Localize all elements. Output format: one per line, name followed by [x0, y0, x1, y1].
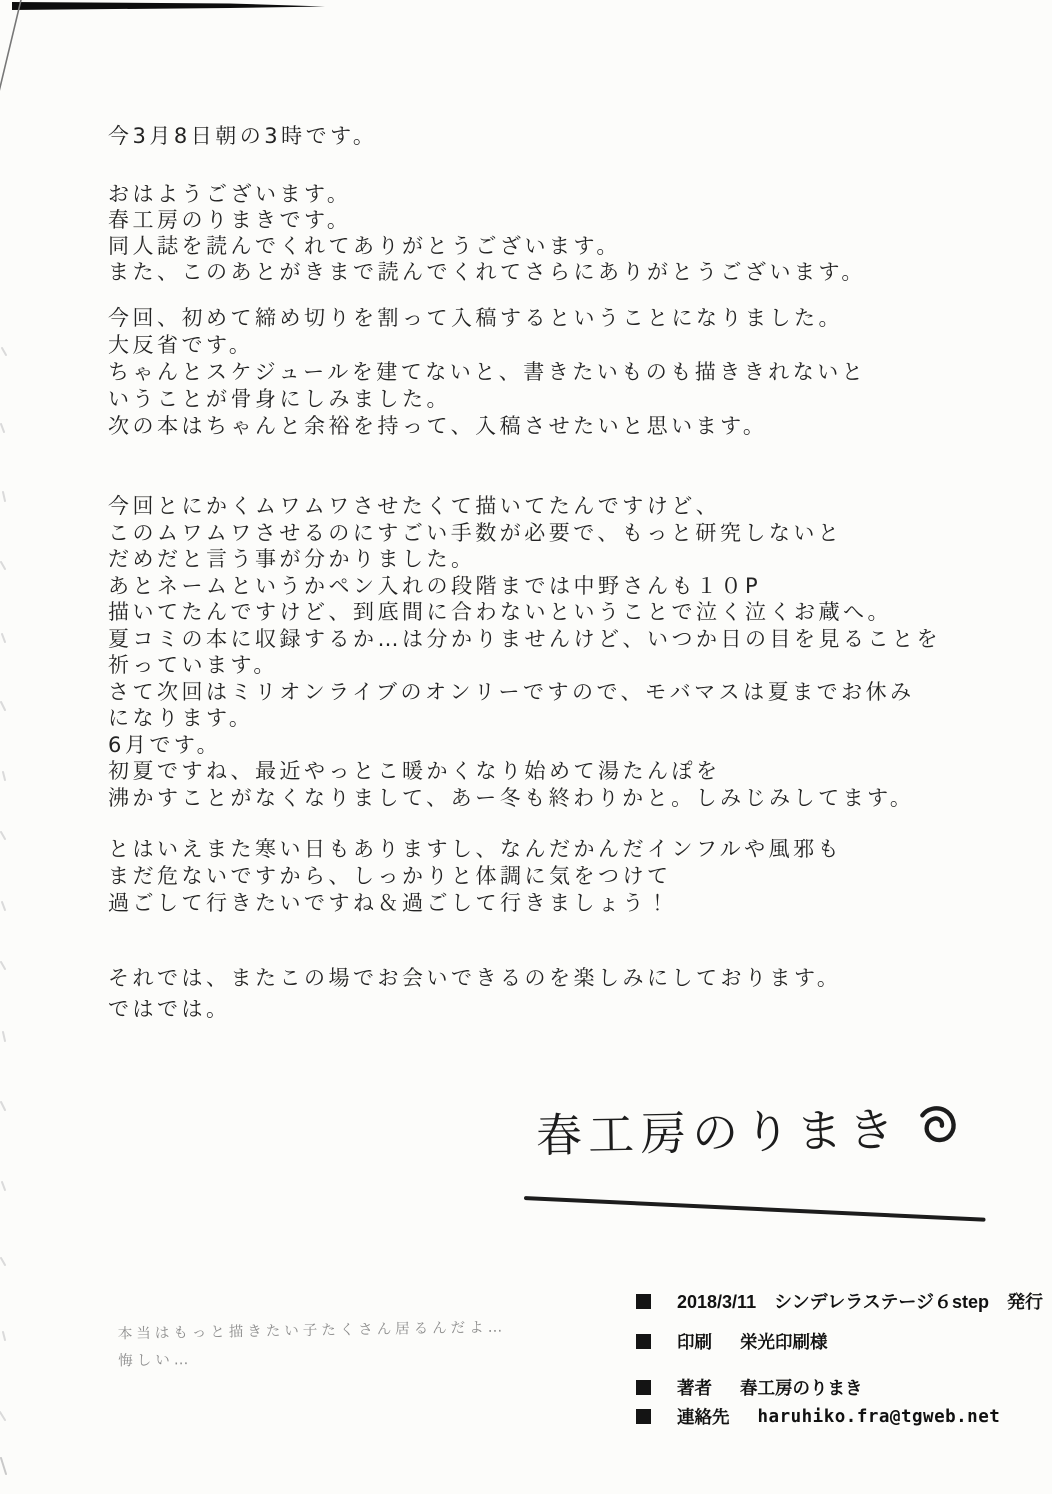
- paragraph-greeting: おはようございます。 春工房のりまきです。 同人誌を読んでくれてありがとうござい…: [108, 181, 866, 285]
- letter-line: それでは、またこの場でお会いできるのを楽しみにしております。: [108, 963, 841, 994]
- letter-line: また、このあとがきまで読んでくれてさらにありがとうございます。: [108, 259, 866, 285]
- printer-label: 印刷: [677, 1329, 712, 1354]
- spiral-icon: [909, 1096, 968, 1155]
- letter-line: 描いてたんですけど、到底間に合わないということで泣く泣くお蔵へ。: [108, 599, 941, 626]
- letter-line: いうことが骨身にしみました。: [108, 386, 866, 413]
- letter-line: おはようございます。: [108, 181, 866, 207]
- letter-line: 沸かすことがなくなりまして、あー冬も終わりかと。しみじみしてます。: [108, 785, 941, 812]
- author-signature: 春工房のりまき: [535, 1092, 968, 1166]
- margin-note-line: 悔しい…: [118, 1342, 507, 1376]
- letter-line: 祈っています。: [108, 652, 941, 679]
- letter-line: 次の本はちゃんと余裕を持って、入稿させたいと思います。: [108, 413, 866, 440]
- letter-line: ではでは。: [108, 994, 841, 1025]
- paragraph-farewell: それでは、またこの場でお会いできるのを楽しみにしております。 ではでは。: [108, 963, 841, 1025]
- letter-line: になります。: [108, 705, 941, 732]
- letter-line: あとネームというかペン入れの段階までは中野さんも１０P: [108, 573, 941, 600]
- letter-line: 今回とにかくムワムワさせたくて描いてたんですけど、: [108, 493, 941, 520]
- letter-line: 春工房のりまきです。: [108, 207, 866, 233]
- author-value: 春工房のりまき: [740, 1375, 863, 1400]
- letter-line: 今回、初めて締め切りを割って入稿するということになりました。: [108, 305, 866, 332]
- margin-note: 本当はもっと描きたい子たくさん居るんだよ… 悔しい…: [118, 1315, 507, 1376]
- paragraph-health-wishes: とはいえまた寒い日もありますし、なんだかんだインフルや風邪も まだ危ないですから…: [108, 836, 842, 917]
- signature-underline: [524, 1196, 986, 1222]
- colophon-row-publication: 2018/3/11 シンデレラステージ６step 発行: [636, 1288, 1048, 1314]
- colophon: 2018/3/11 シンデレラステージ６step 発行 印刷 栄光印刷様 著者 …: [636, 1288, 1048, 1429]
- signature-name: 春工房のりまき: [535, 1093, 900, 1165]
- printer-value: 栄光印刷様: [740, 1329, 828, 1354]
- colophon-row-contact: 連絡先 haruhiko.fra@tgweb.net: [636, 1404, 1048, 1429]
- top-edge-scan-line: [12, 2, 325, 10]
- paragraph-production-notes: 今回とにかくムワムワさせたくて描いてたんですけど、 このムワムワさせるのにすごい…: [108, 493, 941, 811]
- letter-line: まだ危ないですから、しっかりと体調に気をつけて: [108, 863, 842, 890]
- letter-line: ちゃんとスケジュールを建てないと、書きたいものも描ききれないと: [108, 359, 866, 386]
- contact-email: haruhiko.fra@tgweb.net: [758, 1407, 1001, 1427]
- letter-line: 今3月8日朝の3時です。: [108, 123, 377, 149]
- scanned-afterword-page: 今3月8日朝の3時です。 おはようございます。 春工房のりまきです。 同人誌を読…: [0, 0, 1052, 1494]
- letter-line: 過ごして行きたいですね＆過ごして行きましょう！: [108, 890, 842, 917]
- colophon-row-author: 著者 春工房のりまき: [636, 1375, 1048, 1400]
- letter-line: 6月です。: [108, 732, 941, 759]
- letter-line: 初夏ですね、最近やっとこ暖かくなり始めて湯たんぽを: [108, 758, 941, 785]
- letter-line: だめだと言う事が分かりました。: [108, 546, 941, 573]
- author-label: 著者: [677, 1375, 712, 1400]
- square-bullet-icon: [636, 1294, 651, 1309]
- letter-line: さて次回はミリオンライブのオンリーですので、モバマスは夏までお休み: [108, 679, 941, 706]
- square-bullet-icon: [636, 1409, 651, 1424]
- letter-line: 同人誌を読んでくれてありがとうございます。: [108, 233, 866, 259]
- paragraph-opening-time: 今3月8日朝の3時です。: [108, 123, 377, 149]
- left-edge-scan-ticks: [0, 348, 6, 1474]
- square-bullet-icon: [636, 1380, 651, 1395]
- publication-date-event: 2018/3/11 シンデレラステージ６step 発行: [677, 1288, 1043, 1314]
- letter-line: 大反省です。: [108, 332, 866, 359]
- corner-diagonal-scan-line: [0, 0, 21, 100]
- letter-line: このムワムワさせるのにすごい手数が必要で、もっと研究しないと: [108, 520, 941, 547]
- letter-line: とはいえまた寒い日もありますし、なんだかんだインフルや風邪も: [108, 836, 842, 863]
- contact-label: 連絡先: [677, 1404, 730, 1429]
- colophon-row-printer: 印刷 栄光印刷様: [636, 1329, 1048, 1354]
- paragraph-deadline-regret: 今回、初めて締め切りを割って入稿するということになりました。 大反省です。 ちゃ…: [108, 305, 866, 440]
- letter-line: 夏コミの本に収録するか…は分かりませんけど、いつか日の目を見ることを: [108, 626, 941, 653]
- square-bullet-icon: [636, 1334, 651, 1349]
